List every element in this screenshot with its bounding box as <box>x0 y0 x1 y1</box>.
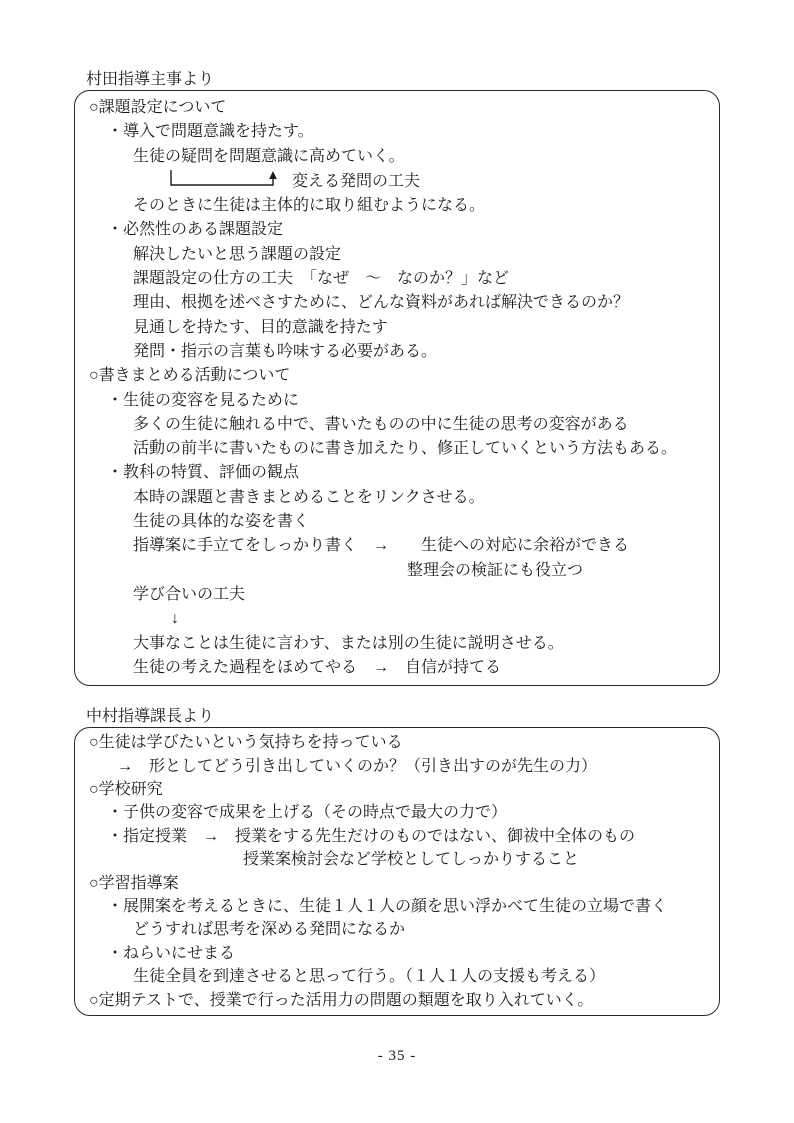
text-line: 課題設定の仕方の工夫 「なぜ ～ なのか？」など <box>75 267 715 291</box>
text-line: 生徒の具体的な姿を書く <box>75 510 715 534</box>
section-heading-murata: 村田指導主事より <box>86 70 720 90</box>
note-box-1: ○課題設定について・導入で問題意識を持たす。生徒の疑問を問題意識に高めていく。変… <box>74 90 720 686</box>
text-line: ○学校研究 <box>75 778 715 801</box>
text-line: ・指定授業 → 授業をする先生だけのものではない、御祓中全体のもの <box>75 825 715 848</box>
text-line: 本時の課題と書きまとめることをリンクさせる。 <box>75 486 715 510</box>
page-number: - 35 - <box>0 1048 794 1065</box>
document-page: 村田指導主事より ○課題設定について・導入で問題意識を持たす。生徒の疑問を問題意… <box>0 0 794 1123</box>
text-line: ・生徒の変容を見るために <box>75 389 715 413</box>
text-line: 多くの生徒に触れる中で、書いたものの中に生徒の思考の変容がある <box>75 413 715 437</box>
text-line: 発問・指示の言葉も吟味する必要がある。 <box>75 340 715 364</box>
note-box-2-lines: ○生徒は学びたいという気持ちを持っている→ 形としてどう引き出していくのか？（引… <box>75 731 715 1012</box>
text-line: 生徒全員を到達させると思って行う。（１人１人の支援も考える） <box>75 965 715 988</box>
text-line: ・ねらいにせまる <box>75 942 715 965</box>
text-line: どうすれば思考を深める発問になるか <box>75 918 715 941</box>
text-line: ○書きまとめる活動について <box>75 364 715 388</box>
connector-label: 変える発問の工夫 <box>292 173 420 190</box>
down-arrow-icon: ↓ <box>75 607 715 631</box>
page-content: 村田指導主事より ○課題設定について・導入で問題意識を持たす。生徒の疑問を問題意… <box>74 70 720 1016</box>
note-box-2: ○生徒は学びたいという気持ちを持っている→ 形としてどう引き出していくのか？（引… <box>74 727 720 1016</box>
text-line: ○生徒は学びたいという気持ちを持っている <box>75 731 715 754</box>
text-line: ○課題設定について <box>75 96 715 120</box>
text-line: → 形としてどう引き出していくのか？（引き出すのが先生の力） <box>75 755 715 778</box>
text-line: 解決したいと思う課題の設定 <box>75 243 715 267</box>
text-line: そのときに生徒は主体的に取り組むようになる。 <box>75 194 715 218</box>
text-line: 学び合いの工夫 <box>75 583 715 607</box>
text-line: ・必然性のある課題設定 <box>75 218 715 242</box>
text-line: ・教科の特質、評価の観点 <box>75 461 715 485</box>
text-line: 授業案検討会など学校としてしっかりすること <box>75 848 715 871</box>
text-line: 整理会の検証にも役立つ <box>75 559 715 583</box>
section-gap <box>74 686 720 707</box>
text-line: 指導案に手立てをしっかり書く → 生徒への対応に余裕ができる <box>75 534 715 558</box>
text-line: ・展開案を考えるときに、生徒１人１人の顔を思い浮かべて生徒の立場で書く <box>75 895 715 918</box>
text-line: 生徒の疑問を問題意識に高めていく。 <box>75 145 715 169</box>
text-line: 生徒の考えた過程をほめてやる → 自信が持てる <box>75 656 715 680</box>
text-line: 理由、根拠を述べさすために、どんな資料があれば解決できるのか？ <box>75 291 715 315</box>
elbow-up-arrow-icon <box>170 169 282 191</box>
text-line: ・導入で問題意識を持たす。 <box>75 120 715 144</box>
text-line: ○定期テストで、授業で行った活用力の問題の類題を取り入れていく。 <box>75 989 715 1012</box>
text-line: ・子供の変容で成果を上げる（その時点で最大の力で） <box>75 801 715 824</box>
text-line: 活動の前半に書いたものに書き加えたり、修正していくという方法もある。 <box>75 437 715 461</box>
text-line: 見通しを持たす、目的意識を持たす <box>75 316 715 340</box>
section-heading-nakamura: 中村指導課長より <box>86 707 720 727</box>
text-line: ○学習指導案 <box>75 872 715 895</box>
text-line: 大事なことは生徒に言わす、または別の生徒に説明させる。 <box>75 632 715 656</box>
note-box-1-lines: ○課題設定について・導入で問題意識を持たす。生徒の疑問を問題意識に高めていく。変… <box>75 96 715 680</box>
connector-line: 変える発問の工夫 <box>75 169 715 194</box>
